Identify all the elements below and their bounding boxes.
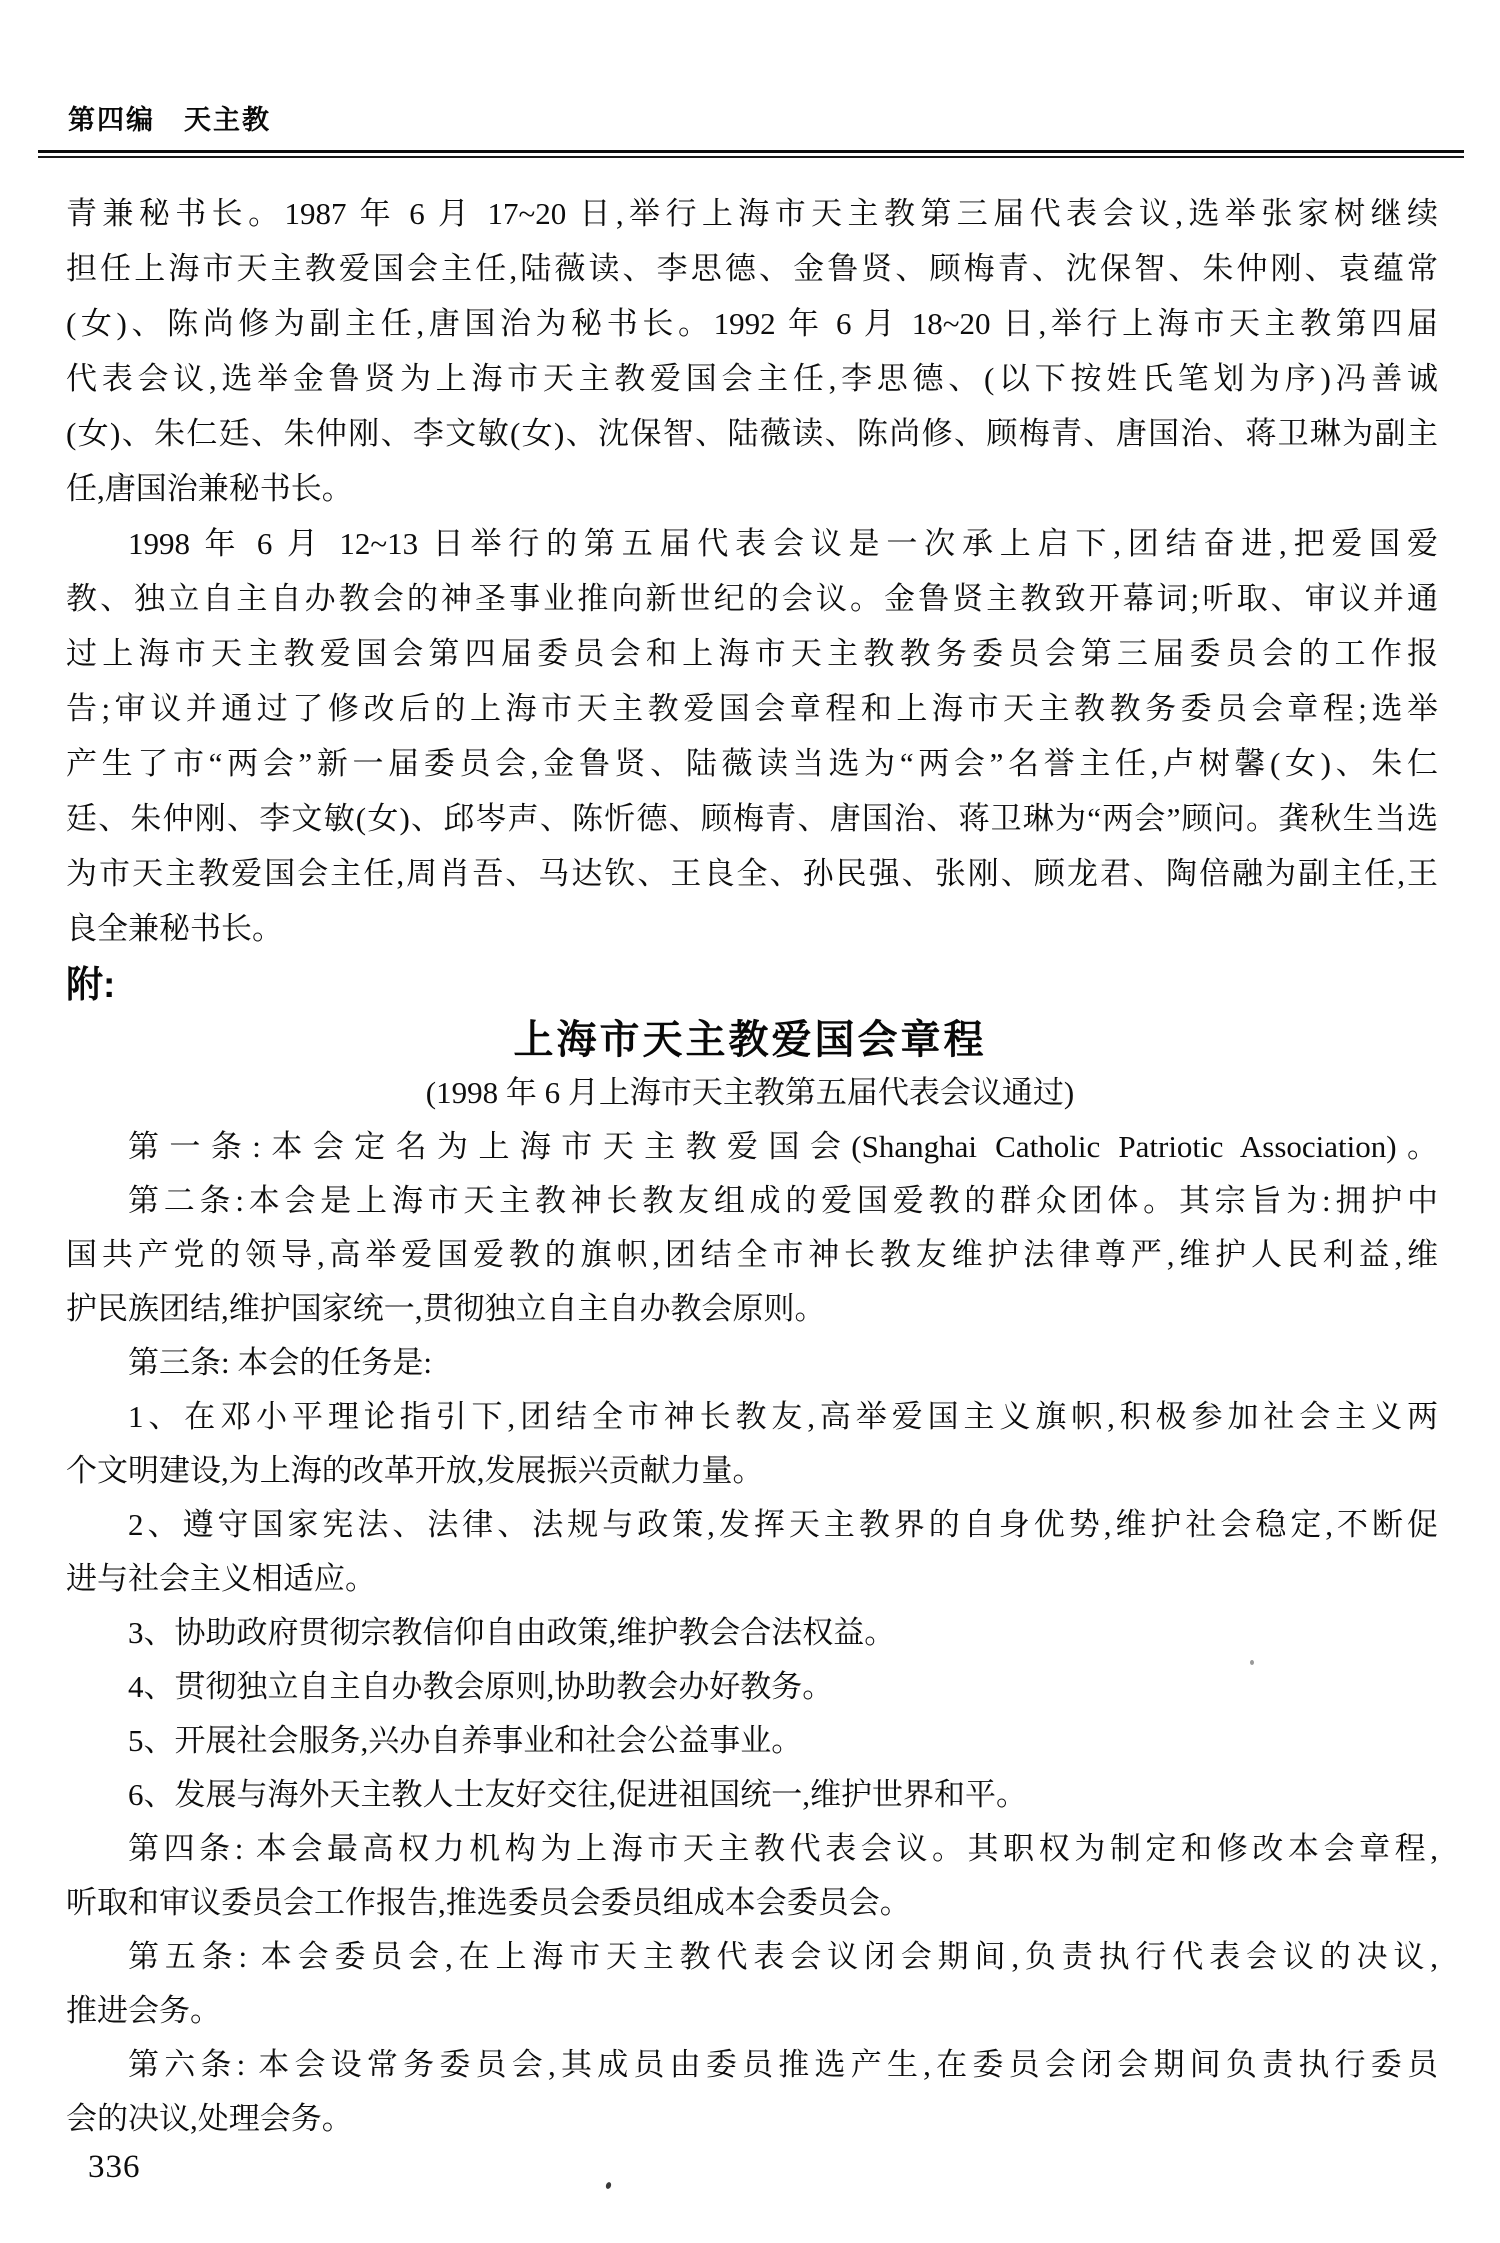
document-title: 上海市天主教爱国会章程	[0, 1014, 1500, 1066]
text-line: 5、开展社会服务,兴办自养事业和社会公益事业。	[66, 1714, 1438, 1768]
text-line: 良全兼秘书长。	[66, 901, 1438, 956]
text-line: 第六条: 本会设常务委员会,其成员由委员推选产生,在委员会闭会期间负责执行委员	[66, 2038, 1438, 2092]
text-line: 第四条: 本会最高权力机构为上海市天主教代表会议。其职权为制定和修改本会章程,	[66, 1822, 1438, 1876]
charter-articles-section: 第一条:本会定名为上海市天主教爱国会(Shanghai Catholic Pat…	[0, 1120, 1500, 2146]
text-line: 2、遵守国家宪法、法律、法规与政策,发挥天主教界的自身优势,维护社会稳定,不断促	[66, 1498, 1438, 1552]
text-line: 第五条: 本会委员会,在上海市天主教代表会议闭会期间,负责执行代表会议的决议,	[66, 1930, 1438, 1984]
text-line: 任,唐国治兼秘书长。	[66, 461, 1438, 516]
text-line: 听取和审议委员会工作报告,推选委员会委员组成本会委员会。	[66, 1876, 1438, 1930]
text-line: 1998 年 6 月 12~13 日举行的第五届代表会议是一次承上启下,团结奋进…	[66, 516, 1438, 571]
appendix-label: 附:	[66, 956, 1500, 1014]
text-line: 会的决议,处理会务。	[66, 2092, 1438, 2146]
running-header: 第四编 天主教	[68, 104, 1500, 136]
text-line: 4、贯彻独立自主自办教会原则,协助教会办好教务。	[66, 1660, 1438, 1714]
text-line: 国共产党的领导,高举爱国爱教的旗帜,团结全市神长教友维护法律尊严,维护人民利益,…	[66, 1228, 1438, 1282]
text-line: 个文明建设,为上海的改革开放,发展振兴贡献力量。	[66, 1444, 1438, 1498]
text-line: 1、在邓小平理论指引下,团结全市神长教友,高举爱国主义旗帜,积极参加社会主义两	[66, 1390, 1438, 1444]
text-line: (女)、陈尚修为副主任,唐国治为秘书长。1992 年 6 月 18~20 日,举…	[66, 296, 1438, 351]
text-line: 为市天主教爱国会主任,周肖吾、马达钦、王良全、孙民强、张刚、顾龙君、陶倍融为副主…	[66, 846, 1438, 901]
text-line: 青兼秘书长。1987 年 6 月 17~20 日,举行上海市天主教第三届代表会议…	[66, 186, 1438, 241]
header-rule	[38, 150, 1464, 158]
text-line: 第一条:本会定名为上海市天主教爱国会(Shanghai Catholic Pat…	[66, 1120, 1438, 1174]
text-line: 6、发展与海外天主教人士友好交往,促进祖国统一,维护世界和平。	[66, 1768, 1438, 1822]
text-line: 过上海市天主教爱国会第四届委员会和上海市天主教教务委员会第三届委员会的工作报	[66, 626, 1438, 681]
text-line: 代表会议,选举金鲁贤为上海市天主教爱国会主任,李思德、(以下按姓氏笔划为序)冯善…	[66, 351, 1438, 406]
text-line: 廷、朱仲刚、李文敏(女)、邱岑声、陈忻德、顾梅青、唐国治、蒋卫琳为“两会”顾问。…	[66, 791, 1438, 846]
text-line: (女)、朱仁廷、朱仲刚、李文敏(女)、沈保智、陆薇读、陈尚修、顾梅青、唐国治、蒋…	[66, 406, 1438, 461]
ink-speck	[1250, 1660, 1254, 1665]
text-line: 进与社会主义相适应。	[66, 1552, 1438, 1606]
scanned-book-page: 第四编 天主教 青兼秘书长。1987 年 6 月 17~20 日,举行上海市天主…	[0, 0, 1500, 2243]
text-line: 护民族团结,维护国家统一,贯彻独立自主自办教会原则。	[66, 1282, 1438, 1336]
text-line: 告;审议并通过了修改后的上海市天主教爱国会章程和上海市天主教教务委员会章程;选举	[66, 681, 1438, 736]
page-number: 336	[88, 2148, 1500, 2186]
text-line: 3、协助政府贯彻宗教信仰自由政策,维护教会合法权益。	[66, 1606, 1438, 1660]
text-line: 第三条: 本会的任务是:	[66, 1336, 1438, 1390]
text-line: 第二条:本会是上海市天主教神长教友组成的爱国爱教的群众团体。其宗旨为:拥护中	[66, 1174, 1438, 1228]
text-line: 推进会务。	[66, 1984, 1438, 2038]
document-subtitle: (1998 年 6 月上海市天主教第五届代表会议通过)	[0, 1072, 1500, 1114]
main-text-section: 青兼秘书长。1987 年 6 月 17~20 日,举行上海市天主教第三届代表会议…	[0, 186, 1500, 956]
text-line: 产生了市“两会”新一届委员会,金鲁贤、陆薇读当选为“两会”名誉主任,卢树馨(女)…	[66, 736, 1438, 791]
text-line: 担任上海市天主教爱国会主任,陆薇读、李思德、金鲁贤、顾梅青、沈保智、朱仲刚、袁蕴…	[66, 241, 1438, 296]
text-line: 教、独立自主自办教会的神圣事业推向新世纪的会议。金鲁贤主教致开幕词;听取、审议并…	[66, 571, 1438, 626]
ink-speck	[605, 2181, 612, 2189]
